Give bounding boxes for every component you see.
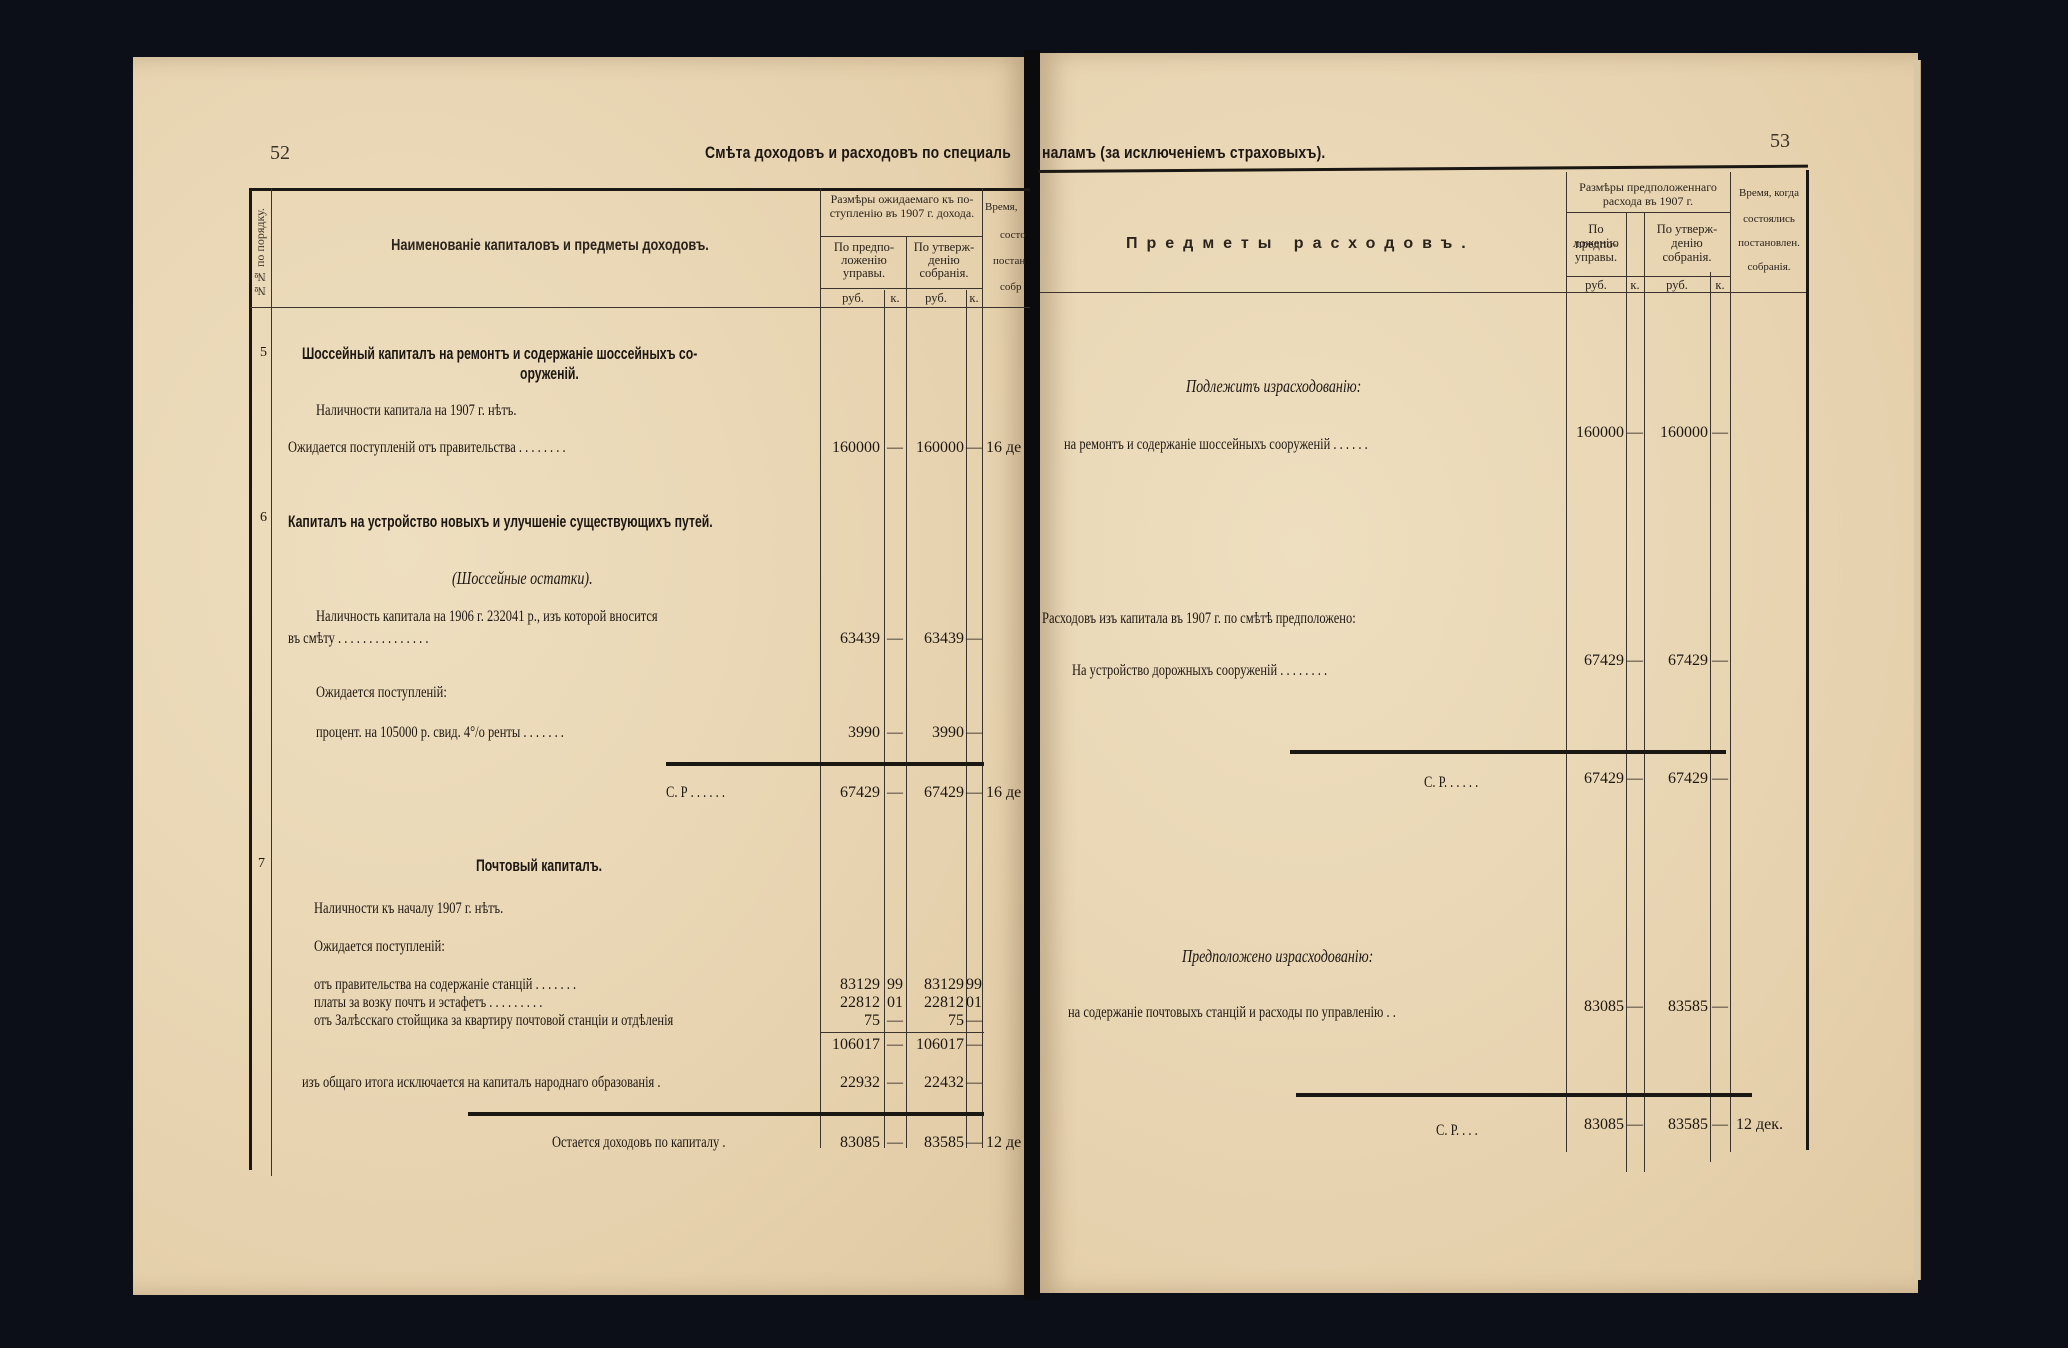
row-index: 5 [260, 345, 267, 361]
header-rub-1-right: руб. [1566, 278, 1626, 293]
amount-rub-uprava: 22932 [820, 1074, 880, 1092]
amount-rub-sobranie: 22432 [906, 1074, 964, 1092]
col-divider-time-right [1730, 172, 1731, 1152]
total-rule-right [1296, 1093, 1752, 1097]
amount-kop-uprava: — [1626, 424, 1644, 442]
section-title-highway: Шоссейный капиталъ на ремонтъ и содержан… [302, 344, 697, 364]
book-spine [1024, 50, 1040, 1300]
list-item: изъ общаго итога исключается на капиталъ… [302, 1074, 661, 1092]
amount-kop-uprava: — [884, 1012, 906, 1030]
amount-rub-sobranie: 160000 [906, 439, 964, 457]
header-kop-2-right: к. [1710, 278, 1730, 293]
amount-rub-uprava: 75 [820, 1012, 880, 1030]
list-item: Ожидается поступленiй: [314, 938, 445, 956]
total-label: Остается доходовъ по капиталу . [552, 1134, 726, 1152]
amount-rub-uprava: 22812 [820, 994, 880, 1012]
amount-rub-sobranie: 83129 [906, 976, 964, 994]
section-subtitle: Подлежитъ израсходованiю: [1186, 376, 1361, 397]
amount-kop-sobranie: — [966, 724, 982, 742]
running-title-left: Смѣта доходовъ и расходовъ по специаль [705, 143, 1011, 163]
total-kop-uprava: — [884, 1134, 906, 1152]
list-item: Расходовъ изъ капитала въ 1907 г. по смѣ… [1042, 610, 1356, 628]
amount-kop-sobranie: 01 [966, 994, 982, 1012]
header-time-l2: состо [1000, 228, 1026, 243]
total-rub-sobranie: 83585 [1644, 1116, 1708, 1134]
col-divider-index [271, 188, 272, 1176]
amount-rub-sobranie: 3990 [906, 724, 964, 742]
list-item: Наличности капитала на 1907 г. нѣтъ. [316, 402, 516, 420]
list-item: въ смѣту . . . . . . . . . . . . . . . [288, 630, 428, 648]
table-left-border [249, 188, 252, 1170]
header-rub-1: руб. [822, 291, 884, 306]
amount-kop-sobranie: — [966, 439, 982, 457]
amount-rub-uprava: 160000 [820, 439, 880, 457]
total-rule [468, 1112, 984, 1116]
total-rub-uprava: 83085 [820, 1134, 880, 1152]
amount-kop-sobranie: 99 [966, 976, 982, 994]
col-divider-kop2-right [1710, 272, 1711, 1162]
amount-kop-uprava: — [884, 630, 906, 648]
list-item: отъ Залѣсскаго стойщика за квартиру почт… [314, 1012, 673, 1030]
header-sobranie-l3-right: собранiя. [1644, 250, 1730, 265]
sum-rub-uprava: 106017 [820, 1036, 880, 1054]
resolution-date: 16 де [986, 784, 1021, 802]
header-time-l4: собр [1000, 280, 1021, 295]
amount-rub-sobranie: 22812 [906, 994, 964, 1012]
header-unit-rule [820, 288, 982, 289]
page-number-left: 52 [270, 142, 290, 165]
amount-kop-uprava: — [884, 724, 906, 742]
total-kop-uprava: — [1626, 1116, 1644, 1134]
amount-rub-sobranie: 75 [906, 1012, 964, 1030]
amount-kop-uprava: — [1626, 652, 1644, 670]
header-sobranie-l3: собранiя. [906, 266, 982, 281]
amount-rub-uprava: 83129 [820, 976, 880, 994]
header-unit-rule-right [1566, 276, 1730, 277]
header-sobranie-l2-right: денiю [1644, 236, 1730, 251]
header-kop-2: к. [966, 291, 982, 306]
section-title-highway-cont: оруженiй. [520, 364, 579, 384]
col-divider-time [982, 188, 983, 1148]
subtotal-kop-sobranie: — [1710, 770, 1730, 788]
running-title-right: наламъ (за исключенiемъ страховыхъ). [1042, 143, 1325, 163]
subtotal-kop-uprava: — [1626, 770, 1644, 788]
total-kop-sobranie: — [1710, 1116, 1730, 1134]
amount-kop-uprava: 01 [884, 994, 906, 1012]
list-item: на ремонтъ и содержанiе шоссейныхъ соору… [1064, 436, 1368, 454]
header-time-l2-right: состоялись [1732, 212, 1806, 227]
list-item: Ожидается поступленiй отъ правительства … [288, 439, 566, 457]
header-sobranie-l1-right: По утверж- [1644, 222, 1730, 237]
subtotal-kop-sobranie: — [966, 784, 982, 802]
header-rub-2-right: руб. [1644, 278, 1710, 293]
row-index: 7 [258, 856, 265, 872]
header-time-l3: постан [993, 254, 1025, 269]
header-time-l1-right: Время, когда [1732, 186, 1806, 201]
header-bottom-rule [250, 307, 1030, 308]
subtotal-label: С. Р . . . . . . [666, 784, 725, 802]
amount-rub-sobranie: 67429 [1644, 652, 1708, 670]
subtotal-rub-sobranie: 67429 [906, 784, 964, 802]
section-subtitle: (Шоссейные остатки). [452, 568, 593, 589]
section-title-roads: Капиталъ на устройство новыхъ и улучшенi… [288, 512, 713, 532]
header-proposed-expense-l1: Размѣры предположеннаго [1566, 180, 1730, 195]
subtotal-rub-sobranie: 67429 [1644, 770, 1708, 788]
amount-rub-sobranie: 63439 [906, 630, 964, 648]
header-group-rule-right [1566, 212, 1730, 213]
col-divider-kop1-right [1626, 212, 1627, 1172]
list-item: на содержанiе почтовыхъ станцiй и расход… [1068, 1004, 1396, 1022]
amount-rub-uprava: 67429 [1566, 652, 1624, 670]
amount-kop-uprava: — [884, 1074, 906, 1092]
header-time-l4-right: собранiя. [1732, 260, 1806, 275]
amount-kop-sobranie: — [966, 630, 982, 648]
resolution-date: 16 де [986, 439, 1021, 457]
sum-kop-uprava: — [884, 1036, 906, 1054]
amount-kop-uprava: 99 [884, 976, 906, 994]
header-expense-items: Предметы расходовъ. [1126, 236, 1475, 251]
header-kop-1: к. [884, 291, 906, 306]
subtotal-label: С. Р. . . . . . [1424, 774, 1478, 792]
amount-kop-uprava: — [884, 439, 906, 457]
amount-rub-uprava: 63439 [820, 630, 880, 648]
sum-rub-sobranie: 106017 [906, 1036, 964, 1054]
list-item: Ожидается поступленiй: [316, 684, 447, 702]
row-index: 6 [260, 510, 267, 526]
col-divider-rub2-right [1644, 212, 1645, 1172]
subtotal-kop-uprava: — [884, 784, 906, 802]
sum-rule [820, 1032, 984, 1033]
header-index: №№ по порядку. [253, 198, 268, 298]
list-item: Наличность капитала на 1906 г. 232041 р.… [316, 608, 658, 626]
amount-rub-uprava: 3990 [820, 724, 880, 742]
header-proposed-expense-l2: расхода въ 1907 г. [1566, 194, 1730, 209]
list-item: отъ правительства на содержанiе станцiй … [314, 976, 576, 994]
amount-rub-sobranie: 83585 [1644, 998, 1708, 1016]
table-top-rule [250, 188, 1030, 191]
section-subtitle: Предположено израсходованiю: [1182, 946, 1373, 967]
list-item: платы за возку почтъ и эстафетъ . . . . … [314, 994, 542, 1012]
header-group-rule [820, 236, 982, 237]
list-item: Наличности къ началу 1907 г. нѣтъ. [314, 900, 503, 918]
sum-kop-sobranie: — [966, 1036, 982, 1054]
header-time-l3-right: постановлен. [1732, 236, 1806, 251]
subtotal-rule [666, 762, 984, 766]
amount-rub-uprava: 83085 [1566, 998, 1624, 1016]
header-expected-income-l1: Размѣры ожидаемаго къ по- [822, 192, 982, 207]
header-rub-2: руб. [906, 291, 966, 306]
total-rub-uprava: 83085 [1566, 1116, 1624, 1134]
page-edges [1914, 60, 1921, 1280]
header-kop-1-right: к. [1626, 278, 1644, 293]
amount-kop-sobranie: — [1710, 424, 1730, 442]
resolution-date: 12 де [986, 1134, 1021, 1152]
subtotal-rule-right [1290, 750, 1726, 754]
amount-kop-uprava: — [1626, 998, 1644, 1016]
amount-kop-sobranie: — [966, 1074, 982, 1092]
header-income-items: Наименованiе капиталовъ и предметы доход… [350, 238, 750, 253]
page-number-right: 53 [1770, 130, 1790, 153]
total-kop-sobranie: — [966, 1134, 982, 1152]
amount-kop-sobranie: — [1710, 652, 1730, 670]
resolution-date: 12 дек. [1736, 1116, 1783, 1134]
amount-kop-sobranie: — [966, 1012, 982, 1030]
amount-kop-sobranie: — [1710, 998, 1730, 1016]
section-title-postal: Почтовый капиталъ. [476, 856, 602, 876]
list-item: процент. на 105000 р. свид. 4°/о ренты .… [316, 724, 564, 742]
subtotal-rub-uprava: 67429 [820, 784, 880, 802]
list-item: На устройство дорожныхъ сооруженiй . . .… [1072, 662, 1327, 680]
header-uprava-l2-right: ложенiю [1566, 236, 1626, 251]
subtotal-rub-uprava: 67429 [1566, 770, 1624, 788]
amount-rub-sobranie: 160000 [1644, 424, 1708, 442]
header-expected-income-l2: ступленiю въ 1907 г. дохода. [822, 206, 982, 221]
header-time-l1: Время, [985, 200, 1018, 215]
total-label: С. Р. . . . [1436, 1122, 1478, 1140]
header-uprava-l3: управы. [822, 266, 906, 281]
table-right-border [1806, 170, 1809, 1150]
total-rub-sobranie: 83585 [906, 1134, 964, 1152]
amount-rub-uprava: 160000 [1566, 424, 1624, 442]
header-uprava-l3-right: управы. [1566, 250, 1626, 265]
